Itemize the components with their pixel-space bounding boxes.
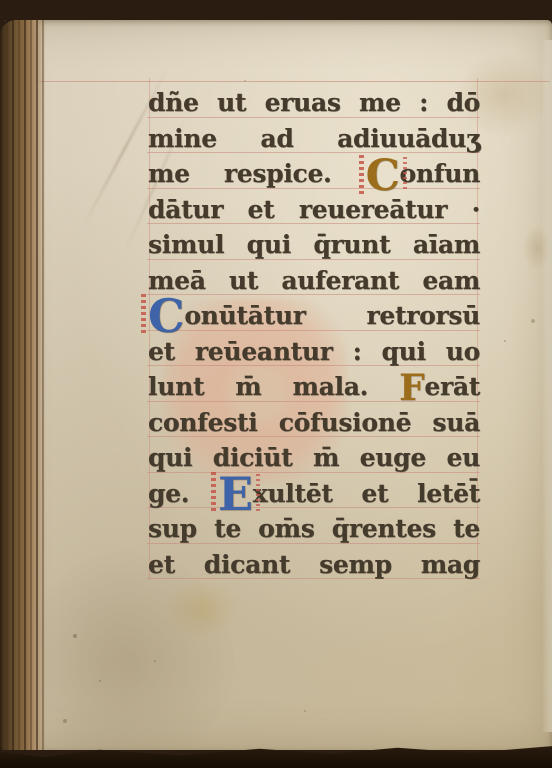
text-run: dñe ut eruas me : dō [148, 88, 480, 117]
manuscript-line: Conūtātur retrorsū [148, 298, 480, 334]
text-run: onfun [400, 159, 480, 188]
text-run: confesti cōfusionē suā [148, 408, 480, 437]
illuminated-initial: C [366, 161, 400, 192]
text-run: et dicant semp mag [148, 550, 480, 579]
manuscript-line: me respice. Confun [148, 156, 480, 192]
text-block: dñe ut eruas me : dōmine ad adiuuāduʒme … [148, 85, 480, 582]
text-run: ge. [148, 479, 218, 508]
text-run: et reūeantur : qui uo [148, 337, 480, 366]
text-run: erāt [424, 372, 480, 401]
illuminated-initial: F [399, 376, 424, 402]
parchment-stain [24, 550, 234, 768]
manuscript-line: mine ad adiuuāduʒ [148, 121, 480, 157]
text-run: lunt m̄ mala. [148, 372, 399, 401]
manuscript-line: meā ut auferant eam [148, 263, 480, 299]
text-run: xultēt et letēt̄ [253, 479, 480, 508]
manuscript-line: ge. Exultēt et letēt̄ [148, 476, 480, 512]
text-run: qui diciūt m̄ euge eu [148, 443, 480, 472]
manuscript-line: et dicant semp mag [148, 547, 480, 583]
text-run: sup te om̄s q̄rentes te [148, 514, 480, 543]
manuscript-photo: dñe ut eruas me : dōmine ad adiuuāduʒme … [0, 0, 552, 768]
text-run: me respice. [148, 159, 366, 188]
manuscript-line: simul qui q̄runt aīam [148, 227, 480, 263]
manuscript-line: sup te om̄s q̄rentes te [148, 511, 480, 547]
binding-gutter [0, 20, 46, 750]
text-run: meā ut auferant eam [148, 266, 480, 295]
manuscript-line: lunt m̄ mala. Ferāt [148, 369, 480, 405]
text-run: simul qui q̄runt aīam [148, 230, 480, 259]
manuscript-line: et reūeantur : qui uo [148, 334, 480, 370]
manuscript-line: qui diciūt m̄ euge eu [148, 440, 480, 476]
manuscript-line: dñe ut eruas me : dō [148, 85, 480, 121]
text-run: onūtātur retrorsū [184, 301, 480, 330]
illuminated-initial: E [218, 478, 253, 511]
ruling-line-horizontal [26, 81, 550, 82]
illuminated-initial: C [148, 300, 184, 333]
page-fore-edge [542, 40, 552, 732]
manuscript-line: dātur et reuereātur · [148, 192, 480, 228]
text-run: mine ad adiuuāduʒ [148, 124, 480, 153]
manuscript-line: confesti cōfusionē suā [148, 405, 480, 441]
text-run: dātur et reuereātur · [148, 195, 480, 224]
